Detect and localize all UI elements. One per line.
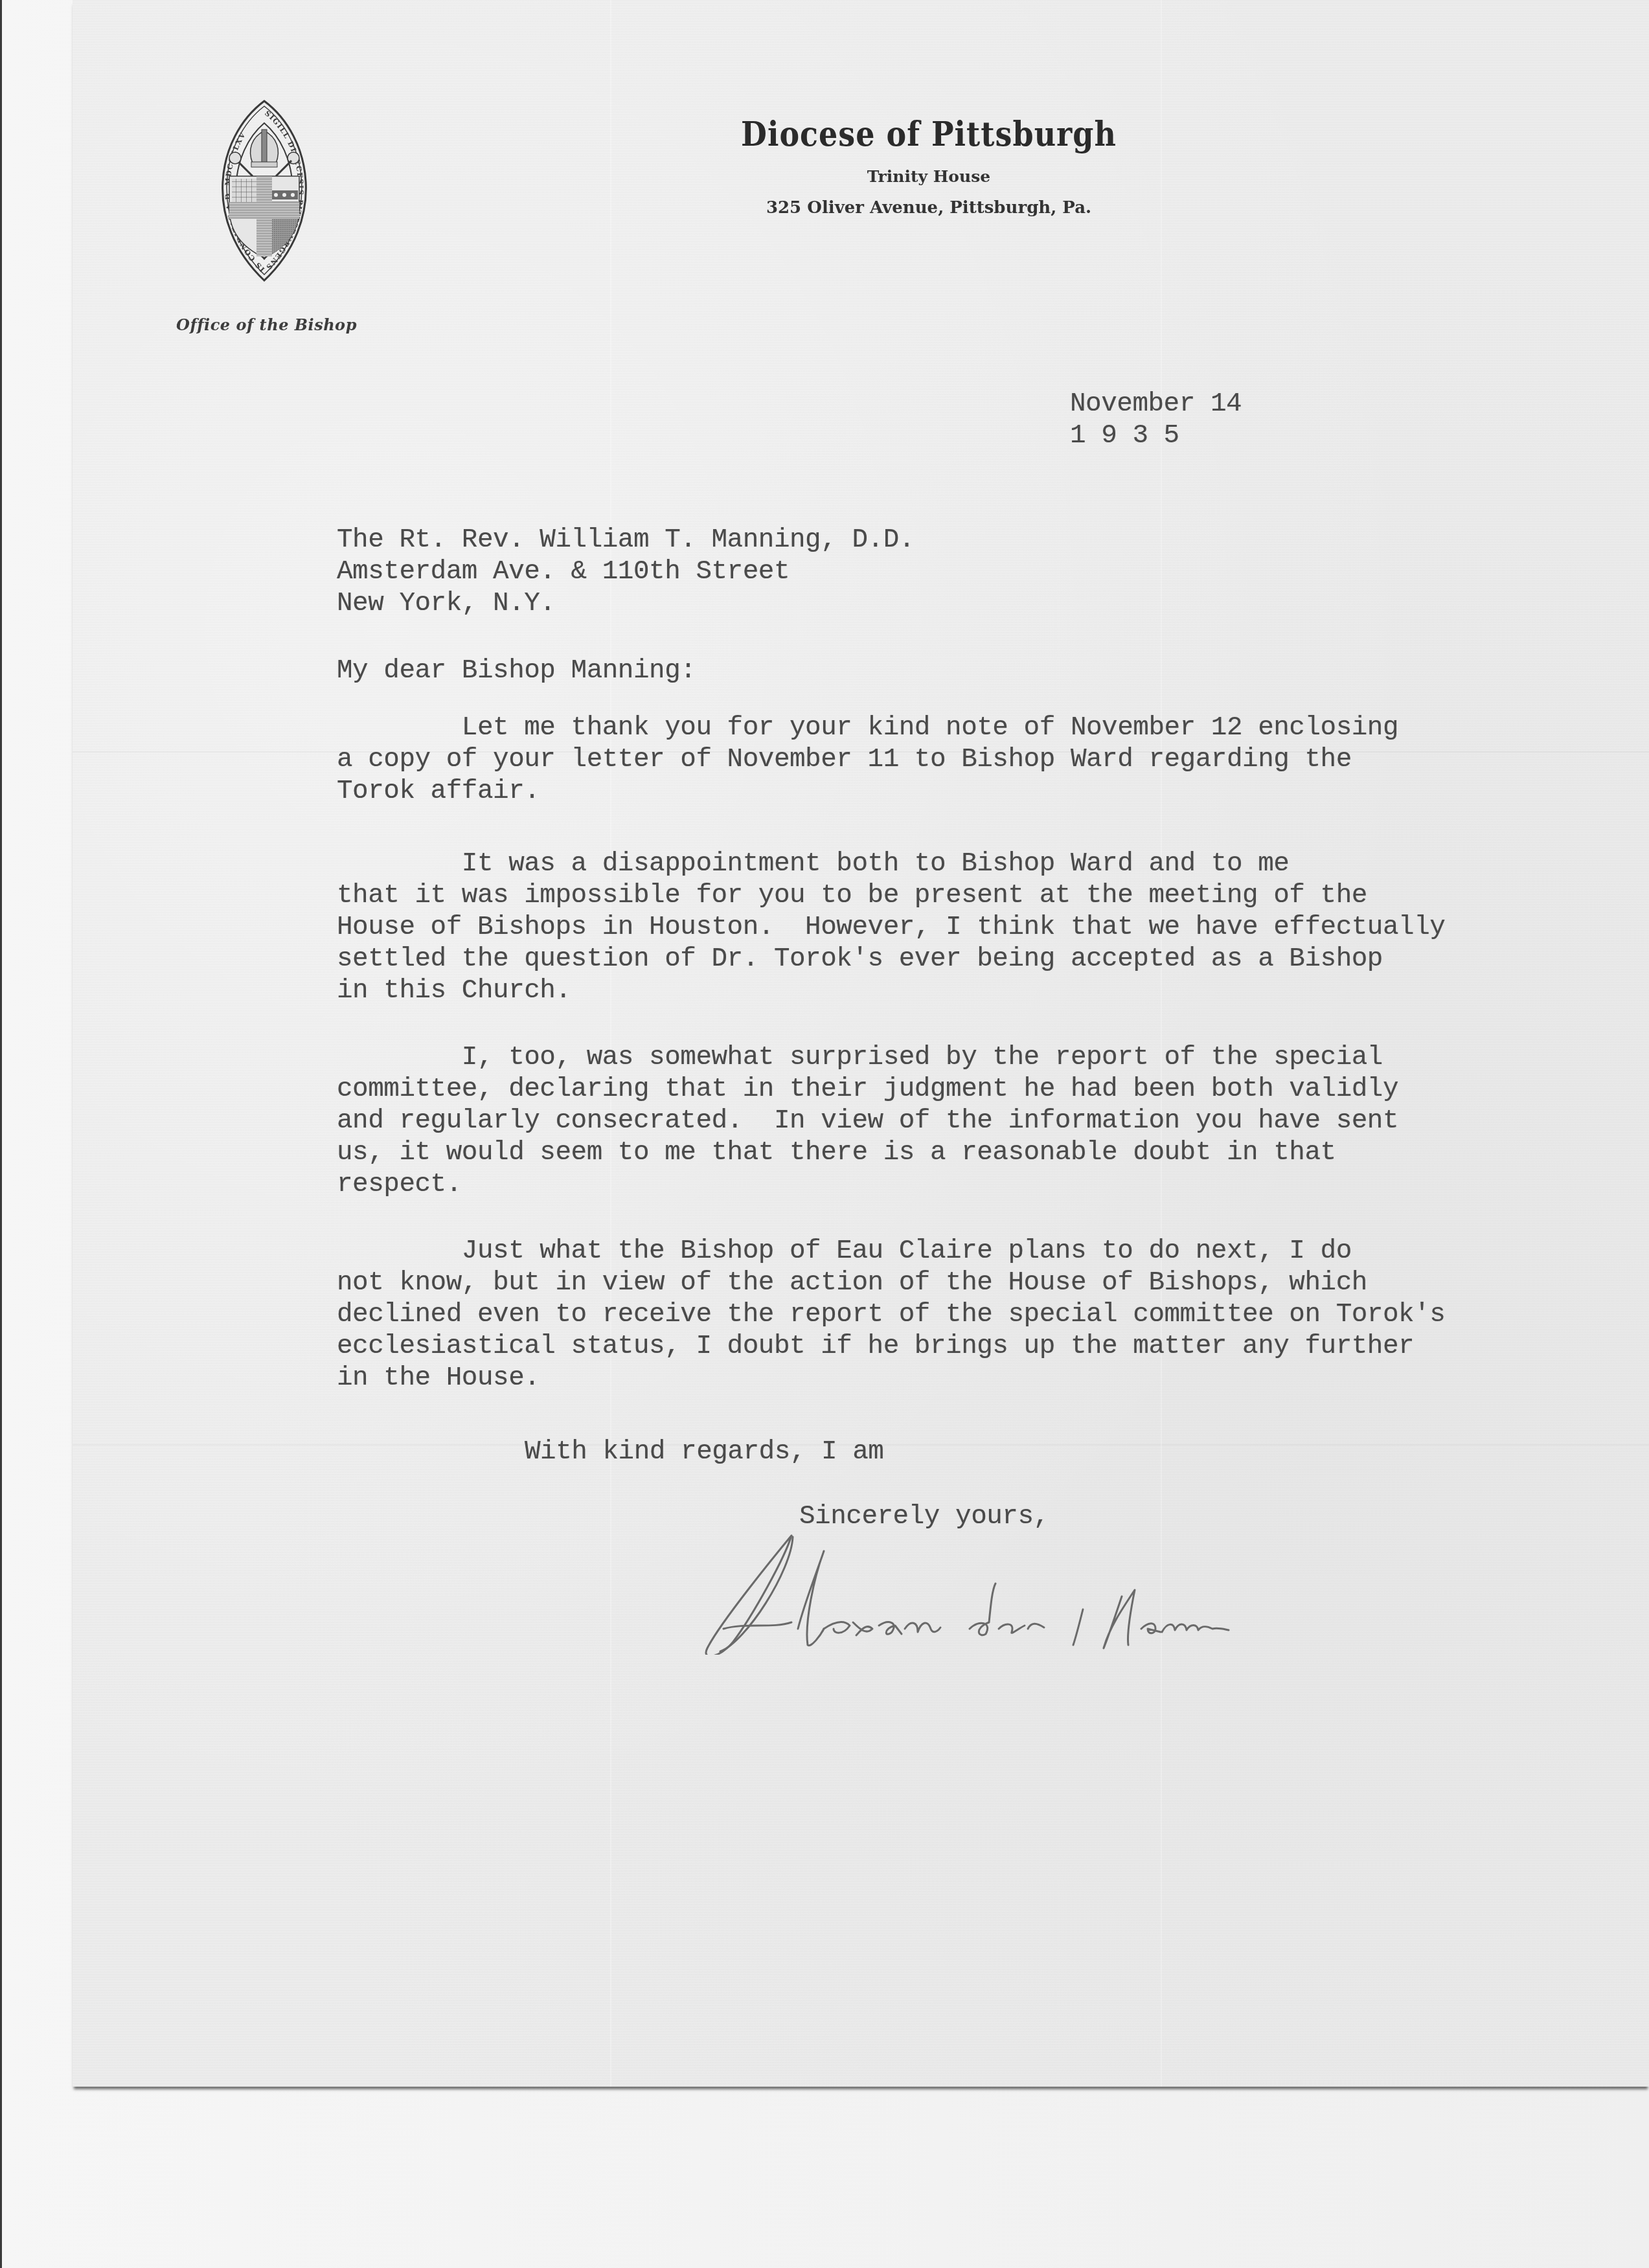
diocesan-seal-icon: SIGILL DIOECESIS PITTSBURGENSIS CONDITAE…	[199, 98, 329, 283]
body-line: settled the question of Dr. Torok's ever…	[337, 944, 1383, 974]
recipient-street: Amsterdam Ave. & 110th Street	[337, 557, 790, 587]
letter-date: November 14 1 9 3 5	[1070, 389, 1242, 452]
letterhead-organization: Diocese of Pittsburgh	[702, 115, 1155, 153]
recipient-city: New York, N.Y.	[337, 589, 555, 618]
letterhead-building: Trinity House	[702, 167, 1155, 186]
recipient-name: The Rt. Rev. William T. Manning, D.D.	[337, 525, 915, 555]
body-paragraph-3: I, too, was somewhat surprised by the re…	[337, 1042, 1398, 1201]
body-line: I, too, was somewhat surprised by the re…	[337, 1043, 1383, 1072]
body-line: ecclesiastical status, I doubt if he bri…	[337, 1332, 1414, 1361]
body-line: Just what the Bishop of Eau Claire plans…	[337, 1236, 1352, 1266]
body-paragraph-2: It was a disappointment both to Bishop W…	[337, 848, 1445, 1007]
letter-page: SIGILL DIOECESIS PITTSBURGENSIS CONDITAE…	[73, 0, 1649, 2087]
letterhead-address: 325 Oliver Avenue, Pittsburgh, Pa.	[702, 198, 1155, 218]
handwritten-signature-icon: Alexander Mann	[694, 1532, 1504, 1655]
body-line: declined even to receive the report of t…	[337, 1300, 1445, 1330]
body-line: committee, declaring that in their judgm…	[337, 1074, 1398, 1104]
recipient-address: The Rt. Rev. William T. Manning, D.D. Am…	[337, 525, 915, 620]
body-paragraph-1: Let me thank you for your kind note of N…	[337, 712, 1398, 808]
scan-edge-line	[0, 0, 2, 2268]
salutation: My dear Bishop Manning:	[337, 655, 696, 687]
body-line: Let me thank you for your kind note of N…	[337, 713, 1398, 743]
closing-line: With kind regards, I am	[525, 1436, 883, 1468]
body-line: respect.	[337, 1170, 462, 1199]
body-line: that it was impossible for you to be pre…	[337, 881, 1367, 911]
body-paragraph-4: Just what the Bishop of Eau Claire plans…	[337, 1236, 1445, 1394]
body-line: not know, but in view of the action of t…	[337, 1268, 1367, 1298]
date-year: 1 9 3 5	[1070, 421, 1179, 451]
body-line: in this Church.	[337, 976, 571, 1006]
date-line: November 14	[1070, 389, 1242, 419]
body-line: It was a disappointment both to Bishop W…	[337, 849, 1289, 879]
body-line: in the House.	[337, 1363, 540, 1393]
body-line: us, it would seem to me that there is a …	[337, 1138, 1336, 1168]
office-of-the-bishop-label: Office of the Bishop	[176, 315, 357, 334]
body-line: House of Bishops in Houston. However, I …	[337, 913, 1445, 942]
body-line: Torok affair.	[337, 777, 540, 806]
body-line: and regularly consecrated. In view of th…	[337, 1106, 1398, 1136]
valediction: Sincerely yours,	[799, 1501, 1049, 1533]
body-line: a copy of your letter of November 11 to …	[337, 745, 1352, 775]
